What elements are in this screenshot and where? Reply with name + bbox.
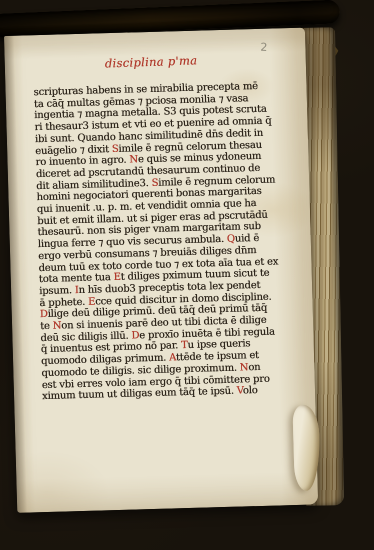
text-segment: olo: [243, 385, 258, 396]
page-gutter-shadow: [4, 36, 27, 513]
text-segment: u ipse queris: [187, 339, 250, 352]
folio-number: 2: [260, 41, 268, 54]
text-segment: on: [248, 362, 260, 373]
text-segment: ā pphete.: [39, 296, 88, 308]
text-block: scripturas habens in se mirabilia precep…: [33, 80, 308, 403]
text-segment: ipsum.: [39, 285, 75, 297]
book-photograph: 2 disciplina p'ma scripturas habens in s…: [0, 0, 374, 550]
manuscript-page: 2 disciplina p'ma scripturas habens in s…: [4, 28, 318, 513]
text-segment: te: [40, 321, 53, 332]
chapter-heading-rubric: disciplina p'ma: [105, 53, 198, 70]
text-segment: uid ē: [235, 233, 259, 245]
rubricated-initial: N: [240, 362, 249, 373]
